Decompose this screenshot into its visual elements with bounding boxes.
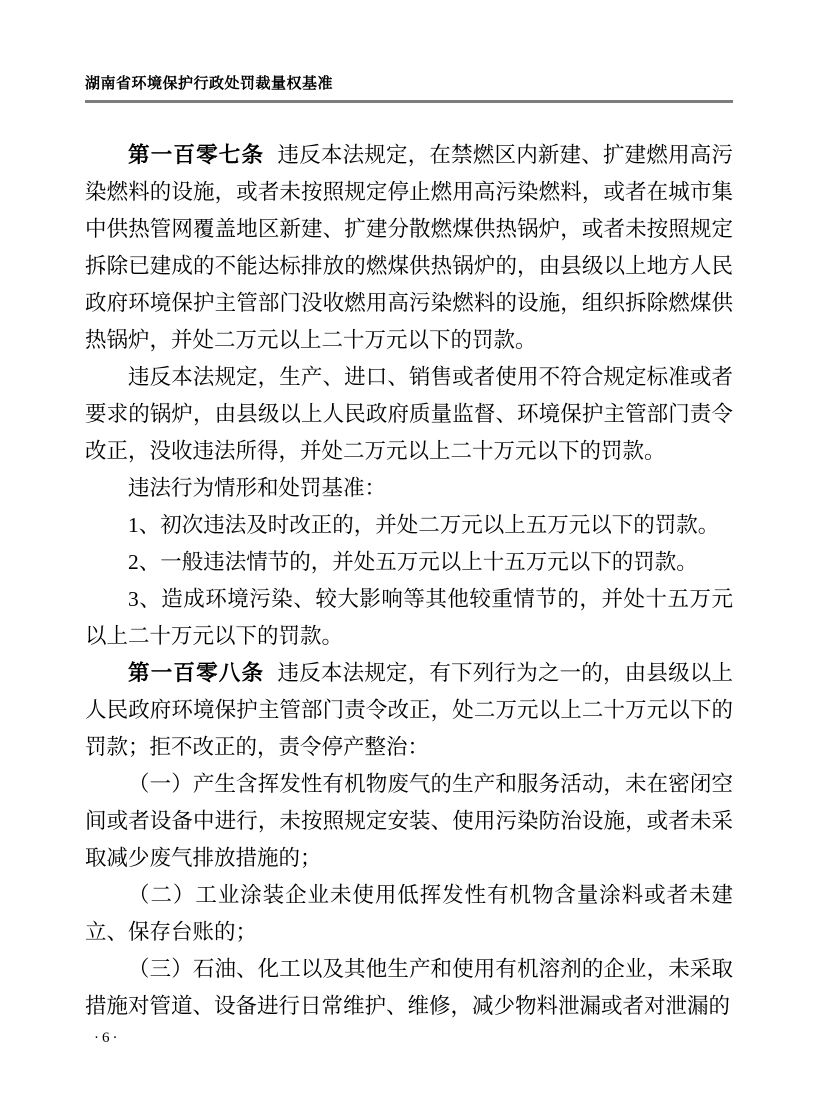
article-108-paragraph: 第一百零八条违反本法规定，有下列行为之一的，由县级以上人民政府环境保护主管部门责… [85,655,733,766]
article-107-clause-2-text: 违反本法规定，生产、进口、销售或者使用不符合规定标准或者要求的锅炉，由县级以上人… [85,365,733,463]
article-108-number: 第一百零八条 [128,661,264,685]
article-108-item-1: （一）产生含挥发性有机物废气的生产和服务活动，未在密闭空间或者设备中进行，未按照… [85,766,733,877]
article-108-item-3-text: （三）石油、化工以及其他生产和使用有机溶剂的企业，未采取措施对管道、设备进行日常… [85,957,733,1018]
article-107-number: 第一百零七条 [128,143,264,167]
article-107-paragraph: 第一百零七条违反本法规定，在禁燃区内新建、扩建燃用高污染燃料的设施，或者未按照规… [85,137,733,359]
article-107-clause-2: 违反本法规定，生产、进口、销售或者使用不符合规定标准或者要求的锅炉，由县级以上人… [85,359,733,470]
penalty-item-3-text: 3、造成环境污染、较大影响等其他较重情节的，并处十五万元以上二十万元以下的罚款。 [85,587,733,648]
penalty-item-1: 1、初次违法及时改正的，并处二万元以上五万元以下的罚款。 [85,507,733,544]
document-body: 第一百零七条违反本法规定，在禁燃区内新建、扩建燃用高污染燃料的设施，或者未按照规… [85,137,733,1025]
document-title: 湖南省环境保护行政处罚裁量权基准 [85,75,333,92]
article-108-item-2-text: （二）工业涂装企业未使用低挥发性有机物含量涂料或者未建立、保存台账的； [85,883,733,944]
page-number: ·6· [94,1030,121,1046]
penalty-item-2: 2、一般违法情节的，并处五万元以上十五万元以下的罚款。 [85,544,733,581]
penalty-item-1-text: 1、初次违法及时改正的，并处二万元以上五万元以下的罚款。 [128,513,719,537]
penalty-standards-heading-text: 违法行为情形和处罚基准： [128,476,386,500]
penalty-item-2-text: 2、一般违法情节的，并处五万元以上十五万元以下的罚款。 [128,550,698,574]
article-107-text: 违反本法规定，在禁燃区内新建、扩建燃用高污染燃料的设施，或者未按照规定停止燃用高… [85,143,733,352]
penalty-item-3: 3、造成环境污染、较大影响等其他较重情节的，并处十五万元以上二十万元以下的罚款。 [85,581,733,655]
article-108-item-1-text: （一）产生含挥发性有机物废气的生产和服务活动，未在密闭空间或者设备中进行，未按照… [85,772,733,870]
page-footer: ·6· [94,1030,121,1047]
article-108-item-2: （二）工业涂装企业未使用低挥发性有机物含量涂料或者未建立、保存台账的； [85,877,733,951]
page-header: 湖南省环境保护行政处罚裁量权基准 [85,72,733,103]
penalty-standards-heading: 违法行为情形和处罚基准： [85,470,733,507]
document-page: 湖南省环境保护行政处罚裁量权基准 第一百零七条违反本法规定，在禁燃区内新建、扩建… [0,0,816,1099]
article-108-item-3: （三）石油、化工以及其他生产和使用有机溶剂的企业，未采取措施对管道、设备进行日常… [85,951,733,1025]
